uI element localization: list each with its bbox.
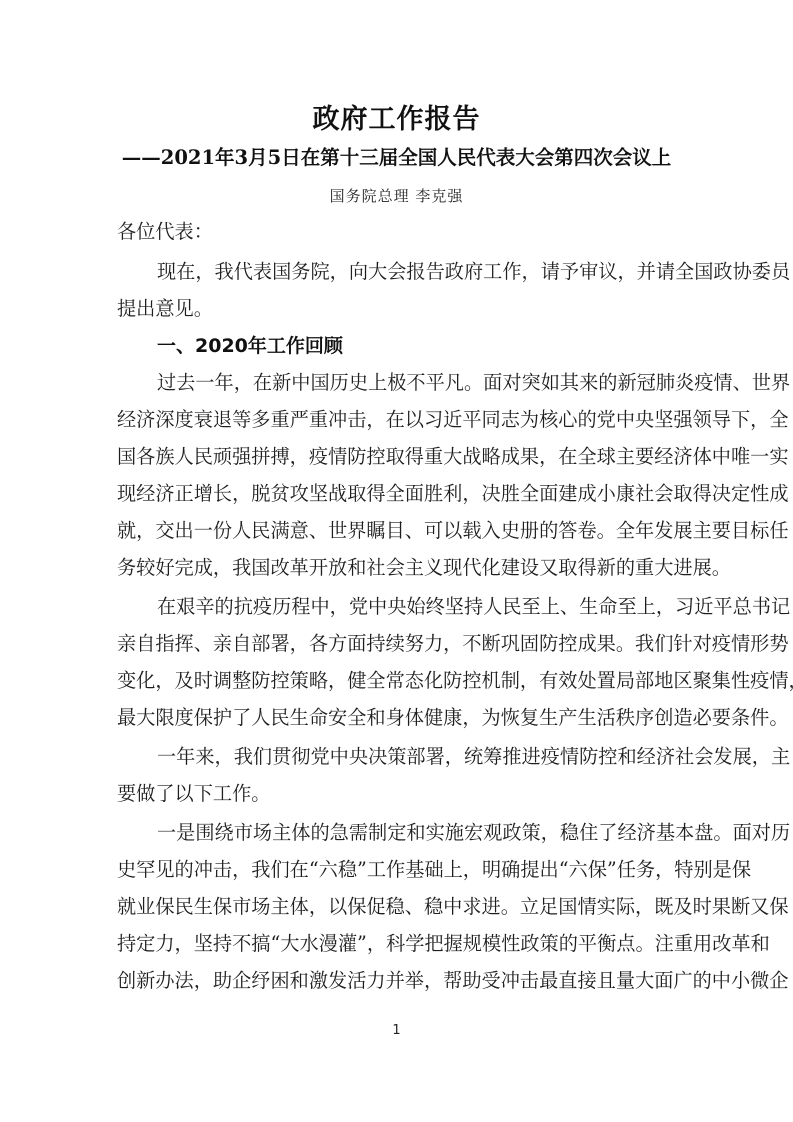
paragraph-line: 在艰辛的抗疫历程中，党中央始终坚持人民至上、生命至上，习近平总书记	[157, 594, 683, 620]
paragraph-line: 现经济正增长，脱贫攻坚战取得全面胜利，决胜全面建成小康社会取得决定性成	[117, 481, 683, 507]
section-heading: 一、2020年工作回顾	[157, 333, 343, 359]
paragraph-line: 就，交出一份人民满意、世界瞩目、可以载入史册的答卷。全年发展主要目标任	[117, 518, 683, 544]
document-title: 政府工作报告	[0, 103, 793, 137]
paragraph-line: 提出意见。	[117, 296, 683, 322]
paragraph-line: 一年来，我们贯彻党中央决策部署，统筹推进疫情防控和经济社会发展，主	[157, 744, 683, 770]
page-number: 1	[0, 1022, 793, 1040]
paragraph-line: 要做了以下工作。	[117, 781, 683, 807]
paragraph-line: 过去一年，在新中国历史上极不平凡。面对突如其来的新冠肺炎疫情、世界	[157, 370, 683, 396]
salutation: 各位代表：	[117, 219, 683, 245]
paragraph-line: 经济深度衰退等多重严重冲击，在以习近平同志为核心的党中央坚强领导下，全	[117, 407, 683, 433]
document-subtitle: ——2021年3月5日在第十三届全国人民代表大会第四次会议上	[0, 144, 793, 172]
paragraph-line: 务较好完成，我国改革开放和社会主义现代化建设又取得新的重大进展。	[117, 555, 683, 581]
paragraph-line: 创新办法，助企纾困和激发活力并举，帮助受冲击最直接且量大面广的中小微企	[117, 968, 683, 994]
paragraph-line: 持定力，坚持不搞“大水漫灌”，科学把握规模性政策的平衡点。注重用改革和	[117, 931, 683, 957]
paragraph-line: 一是围绕市场主体的急需制定和实施宏观政策，稳住了经济基本盘。面对历	[157, 820, 683, 846]
document-author: 国务院总理 李克强	[0, 185, 793, 207]
paragraph-line: 史罕见的冲击，我们在“六稳”工作基础上，明确提出“六保”任务，特别是保	[117, 857, 683, 883]
paragraph-line: 变化，及时调整防控策略，健全常态化防控机制，有效处置局部地区聚集性疫情，	[117, 668, 683, 694]
document-page: 政府工作报告 ——2021年3月5日在第十三届全国人民代表大会第四次会议上 国务…	[0, 0, 793, 1122]
paragraph-line: 现在，我代表国务院，向大会报告政府工作，请予审议，并请全国政协委员	[157, 259, 683, 285]
paragraph-line: 就业保民生保市场主体，以保促稳、稳中求进。立足国情实际，既及时果断又保	[117, 894, 683, 920]
paragraph-line: 亲自指挥、亲自部署，各方面持续努力，不断巩固防控成果。我们针对疫情形势	[117, 631, 683, 657]
paragraph-line: 最大限度保护了人民生命安全和身体健康，为恢复生产生活秩序创造必要条件。	[117, 705, 683, 731]
paragraph-line: 国各族人民顽强拼搏，疫情防控取得重大战略成果，在全球主要经济体中唯一实	[117, 444, 683, 470]
